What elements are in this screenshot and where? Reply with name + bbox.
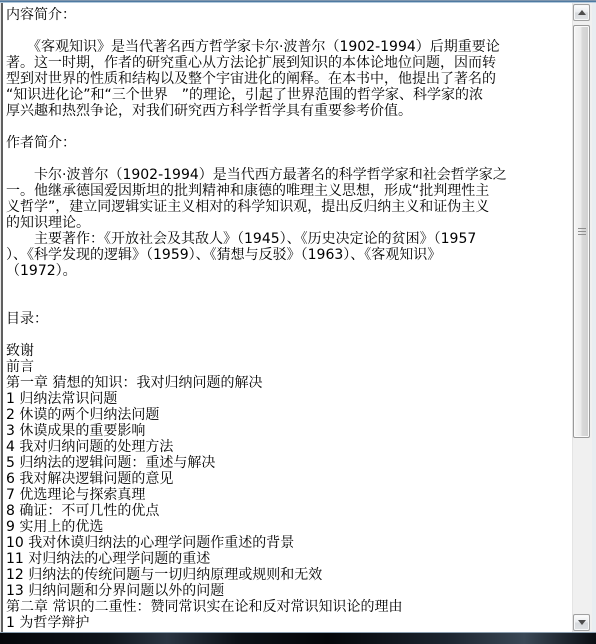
- text-line: 7 优选理论与探索真理: [6, 487, 570, 503]
- text-line: 型到对世界的性质和结构以及整个宇宙进化的阐释。在本书中，他提出了著名的: [6, 71, 570, 87]
- text-line: 5 归纳法的逻辑问题：重述与解决: [6, 455, 570, 471]
- down-arrow-icon: [578, 620, 586, 625]
- text-line: [6, 23, 570, 39]
- scrollbar-grip-icon: [578, 228, 586, 236]
- scroll-down-button[interactable]: [573, 614, 590, 631]
- text-line: 11 对归纳法的心理学问题的重述: [6, 551, 570, 567]
- text-line: 内容简介：: [6, 7, 570, 23]
- text-line: 12 归纳法的传统问题与一切归纳原理或规则和无效: [6, 567, 570, 583]
- text-line: 《客观知识》是当代著名西方哲学家卡尔·波普尔（1902-1994）后期重要论: [6, 39, 570, 55]
- text-line: [6, 327, 570, 343]
- text-line: 目录：: [6, 311, 570, 327]
- text-line: 4 我对归纳问题的处理方法: [6, 439, 570, 455]
- text-line: 3 休谟成果的重要影响: [6, 423, 570, 439]
- vertical-scrollbar[interactable]: [572, 3, 592, 632]
- text-line: 6 我对解决逻辑问题的意见: [6, 471, 570, 487]
- text-line: 第二章 常识的二重性：赞同常识实在论和反对常识知识论的理由: [6, 599, 570, 615]
- text-line: 致谢: [6, 343, 570, 359]
- text-line: 作者简介：: [6, 135, 570, 151]
- text-line: 10 我对休谟归纳法的心理学问题作重述的背景: [6, 535, 570, 551]
- text-line: 1 归纳法常识问题: [6, 391, 570, 407]
- text-line: 卡尔·波普尔（1902-1994）是当代西方最著名的科学哲学家和社会哲学家之: [6, 167, 570, 183]
- text-line: 9 实用上的优选: [6, 519, 570, 535]
- text-line: [6, 279, 570, 295]
- book-description-text: 内容简介： 《客观知识》是当代著名西方哲学家卡尔·波普尔（1902-1994）后…: [4, 3, 572, 632]
- text-line: [6, 151, 570, 167]
- text-line: 著。这一时期，作者的研究重心从方法论扩展到知识的本体论地位问题，因而转: [6, 55, 570, 71]
- text-line: 前言: [6, 359, 570, 375]
- text-line: 1 为哲学辩护: [6, 615, 570, 631]
- book-intro-window: 内容简介： 《客观知识》是当代著名西方哲学家卡尔·波普尔（1902-1994）后…: [0, 0, 596, 644]
- text-line: 2 休谟的两个归纳法问题: [6, 407, 570, 423]
- up-arrow-icon: [578, 10, 586, 15]
- text-line: 8 确证：不可几性的优点: [6, 503, 570, 519]
- right-border: [592, 3, 596, 632]
- text-line: [6, 119, 570, 135]
- text-line: 的知识理论。: [6, 215, 570, 231]
- scrollbar-track[interactable]: [572, 22, 592, 613]
- scrollbar-thumb[interactable]: [573, 25, 590, 438]
- window-bottom-edge: [0, 632, 596, 644]
- text-line: [6, 295, 570, 311]
- text-line: 义哲学”，建立同逻辑实证主义相对的科学知识观，提出反归纳主义和证伪主义: [6, 199, 570, 215]
- text-line: 13 归纳问题和分界问题以外的问题: [6, 583, 570, 599]
- text-line: 第一章 猜想的知识：我对归纳问题的解决: [6, 375, 570, 391]
- text-line: 主要著作：《开放社会及其敌人》（1945）、《历史决定论的贫困》（1957: [6, 231, 570, 247]
- text-line: （1972）。: [6, 263, 570, 279]
- scroll-up-button[interactable]: [573, 4, 590, 21]
- text-line: ）、《科学发现的逻辑》（1959）、《猜想与反驳》（1963）、《客观知识》: [6, 247, 570, 263]
- text-line: 一。他继承德国爱因斯坦的批判精神和康德的唯理主义思想，形成“批判理性主: [6, 183, 570, 199]
- text-line: 厚兴趣和热烈争论，对我们研究西方科学哲学具有重要参考价值。: [6, 103, 570, 119]
- text-line: “知识进化论”和“三个世界 ”的理论，引起了世界范围的哲学家、科学家的浓: [6, 87, 570, 103]
